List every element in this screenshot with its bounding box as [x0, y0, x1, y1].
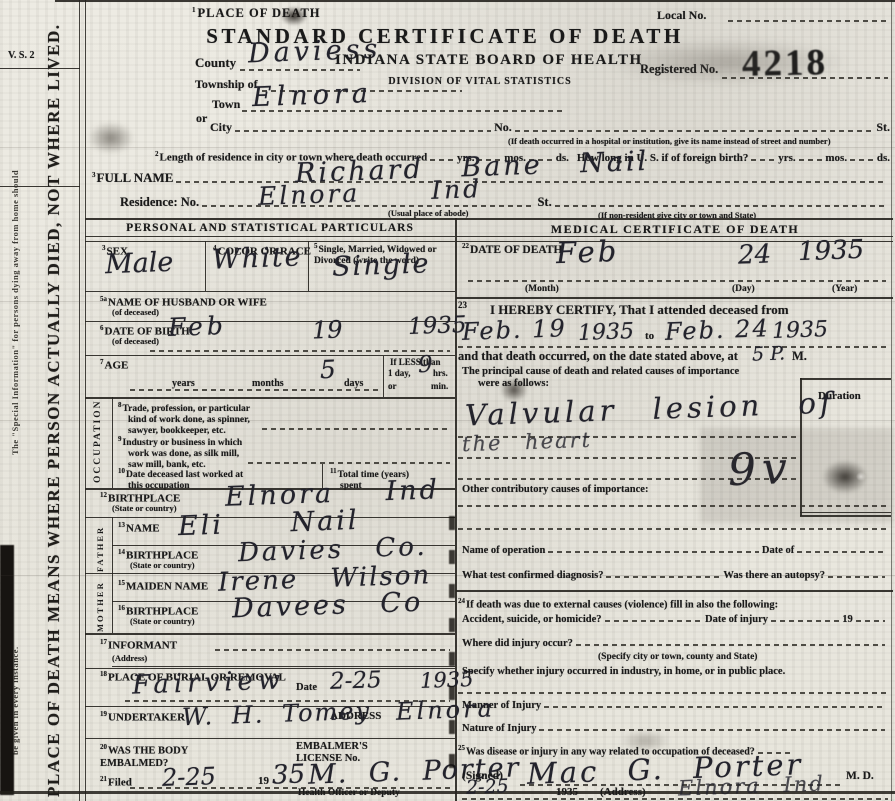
dob-day-handwritten: 19	[312, 315, 344, 344]
cause-of-death-line1-handwritten: Valvular lesion of	[465, 386, 836, 433]
dotted-line	[130, 787, 450, 789]
dotted-line	[797, 551, 885, 553]
margin-rule	[0, 186, 80, 187]
registered-no-label: Registered No.	[640, 62, 718, 77]
dotted-line	[458, 528, 888, 530]
dotted-line	[248, 462, 450, 464]
month-sublabel: (Month)	[525, 284, 559, 294]
father-birthplace-subnote: (State or country)	[130, 560, 195, 570]
town-label: Town	[212, 97, 240, 112]
test-label: What test confirmed diagnosis?	[462, 570, 603, 581]
cell-divider	[383, 356, 384, 397]
certify-number: 23	[458, 300, 467, 310]
place-of-death-heading: 1PLACE OF DEATH	[192, 6, 321, 21]
margin-rule	[0, 68, 80, 69]
attended-to-handwritten: Feb. 24	[665, 314, 771, 346]
medical-header: MEDICAL CERTIFICATE OF DEATH	[460, 222, 890, 237]
burial-value-handwritten: Fairview	[132, 665, 286, 700]
age-label: 7AGE	[100, 358, 128, 372]
top-rule	[55, 0, 895, 2]
hrs-label: hrs.	[433, 368, 448, 378]
registered-no-stamp: 4218	[742, 41, 829, 85]
age-days-handwritten: 5	[319, 355, 336, 385]
undertaker-value-handwritten: W. H. Tomey	[182, 697, 372, 732]
dotted-line	[828, 576, 885, 578]
section-rule	[85, 218, 893, 220]
or-label: or	[388, 381, 397, 391]
scan-shadow-region	[700, 428, 893, 523]
dotted-line	[458, 346, 888, 348]
abode-note: (Usual place of abode)	[388, 208, 469, 218]
margin-divider-rule	[79, 0, 86, 801]
birthplace-subnote: (State or country)	[112, 503, 177, 513]
dod-month-handwritten: Feb	[555, 234, 619, 270]
dod-year-handwritten: 1935	[797, 235, 864, 267]
full-name-label: 3FULL NAME	[92, 170, 173, 186]
town-value-handwritten: Elnora	[251, 78, 373, 113]
nature-of-injury-label: Nature of Injury	[462, 723, 536, 734]
external-causes-label: 24If death was due to external causes (v…	[458, 597, 778, 611]
where-injury-label: Where did injury occur?	[462, 638, 573, 649]
years-label: years	[172, 378, 195, 389]
township-label: Township of	[195, 77, 258, 92]
residence-st-label: St.	[537, 195, 551, 210]
principal-cause-label-1: The principal cause of death and related…	[462, 366, 739, 377]
field-number: 1	[192, 6, 197, 14]
m-label: M.	[792, 349, 807, 364]
attended-from-year-handwritten: 1935	[578, 319, 635, 346]
dod-day-handwritten: 24	[737, 239, 771, 270]
year-sublabel: (Year)	[832, 284, 857, 294]
months-label: months	[252, 378, 284, 389]
dotted-line	[462, 798, 888, 800]
if-less-label-2: 1 day,	[388, 368, 411, 378]
signature-year: 1935	[556, 786, 578, 798]
dotted-line	[606, 576, 720, 578]
city-st-label: St.	[876, 120, 890, 135]
time-of-death-handwritten: 5 P.	[752, 342, 786, 365]
principal-cause-label-2: were as follows:	[478, 378, 549, 389]
specify-injury-label: Specify whether injury occurred in indus…	[462, 666, 785, 677]
rule	[85, 291, 455, 292]
dotted-line	[576, 644, 885, 646]
md-label: M. D.	[846, 770, 874, 782]
rule	[85, 321, 455, 322]
dotted-line	[605, 620, 703, 622]
scan-line	[0, 147, 895, 148]
dotted-line	[240, 69, 360, 71]
maiden-name-label: 15MAIDEN NAME	[118, 579, 208, 593]
dotted-line	[235, 130, 491, 132]
operation-date-label: Date of	[762, 545, 794, 556]
rule	[456, 297, 893, 299]
local-no-label: Local No.	[657, 8, 706, 23]
rule	[85, 397, 455, 399]
age-hours-handwritten: 9	[418, 352, 434, 378]
contributory-causes-label: Other contributory causes of importance:	[462, 484, 648, 495]
mother-birthplace-handwritten: Davees Co	[232, 587, 424, 625]
cell-divider	[112, 397, 113, 488]
county-label: County	[195, 55, 236, 71]
margin-note-top: The "Special Information" for persons dy…	[10, 25, 20, 455]
dotted-line	[856, 620, 885, 622]
cell-divider	[112, 573, 113, 633]
signature-date-handwritten: 2-25	[466, 775, 509, 798]
death-certificate-scan: V. S. 2 The "Special Information" for pe…	[0, 0, 895, 801]
dotted-line	[515, 130, 874, 132]
dotted-line	[799, 159, 823, 161]
ds-label: ds.	[877, 152, 890, 164]
mother-birthplace-subnote: (State or country)	[130, 616, 195, 626]
father-side-label: FATHER	[95, 520, 105, 572]
attended-from-handwritten: Feb. 19	[462, 314, 568, 346]
informant-address-subnote: (Address)	[112, 653, 147, 663]
rule	[85, 738, 455, 739]
undertaker-label: 19UNDERTAKER	[100, 710, 185, 724]
dotted-line	[468, 280, 886, 282]
city-label: City	[210, 120, 232, 135]
dotted-line	[544, 706, 885, 708]
residence-label: Residence: No.	[120, 195, 199, 210]
husband-wife-subnote: (of deceased)	[112, 307, 159, 317]
date-of-death-label: 22DATE OF DEATH	[462, 242, 562, 256]
margin-warning-text: PLACE OF DEATH MEANS WHERE PERSON ACTUAL…	[44, 12, 64, 797]
board-title: INDIANA STATE BOARD OF HEALTH	[335, 52, 625, 69]
dotted-line	[728, 20, 890, 22]
scan-edge-black-band	[0, 545, 14, 795]
where-injury-note: (Specify city or town, county and State)	[598, 652, 757, 662]
filed-year-handwritten: 35	[271, 759, 305, 790]
duration-box-top	[800, 378, 891, 380]
attended-to-year-handwritten: 1935	[772, 317, 829, 344]
or-label: or	[196, 111, 207, 126]
burial-date-label: Date	[296, 682, 317, 693]
color-value-handwritten: White	[211, 241, 303, 275]
informant-label: 17INFORMANT	[100, 638, 177, 652]
days-label: days	[344, 378, 363, 389]
personal-header: PERSONAL AND STATISTICAL PARTICULARS	[90, 222, 450, 234]
cause-of-death-line2-handwritten: the heart	[462, 428, 593, 457]
dotted-line	[150, 350, 450, 352]
dotted-line	[458, 692, 888, 694]
mos-label: mos.	[825, 152, 847, 164]
dotted-line	[850, 159, 874, 161]
filed-label: 21Filed	[100, 775, 132, 789]
dob-year-handwritten: 1935	[408, 312, 467, 340]
trade-label: 8Trade, profession, or particularkind of…	[118, 400, 250, 437]
to-label: to	[645, 330, 654, 342]
rule	[456, 590, 893, 592]
filed-19-printed: 19	[258, 775, 269, 787]
hospital-note: (If death occurred in a hospital or inst…	[508, 136, 831, 146]
father-name-label: 13NAME	[118, 521, 160, 535]
smudge	[88, 122, 134, 154]
burial-date-handwritten: 2-25	[330, 667, 383, 695]
city-no-label: No.	[494, 120, 512, 135]
dotted-line	[130, 389, 380, 391]
physician-address-handwritten: Elnora Ind	[678, 771, 825, 800]
nineteen-label: 19	[842, 614, 853, 625]
dotted-line	[771, 620, 839, 622]
dotted-line	[215, 649, 450, 651]
undertaker-address-handwritten: Elnora	[396, 694, 496, 725]
dotted-line	[262, 428, 450, 430]
occupation-side-label: OCCUPATION	[93, 405, 103, 483]
rule	[85, 355, 455, 356]
dotted-line	[539, 729, 885, 731]
dotted-line	[555, 205, 887, 207]
dotted-line	[751, 159, 775, 161]
rule	[85, 633, 455, 635]
address-label: (Address)	[600, 786, 646, 798]
right-edge-rule	[891, 0, 892, 801]
division-title: DIVISION OF VITAL STATISTICS	[335, 76, 625, 87]
health-officer-label: Health Officer or Deputy	[298, 788, 400, 798]
min-label: min.	[431, 381, 448, 391]
dob-month-handwritten: Feb	[168, 311, 228, 342]
yrs-label: yrs.	[778, 152, 795, 164]
dotted-line	[548, 551, 759, 553]
scan-edge-marks	[449, 500, 455, 768]
mother-side-label: MOTHER	[95, 576, 105, 632]
death-occurred-statement: and that death occurred, on the date sta…	[458, 349, 738, 364]
day-sublabel: (Day)	[732, 284, 755, 294]
injury-date-label: Date of injury	[705, 614, 768, 625]
operation-label: Name of operation	[462, 545, 545, 556]
sex-value-handwritten: Male	[104, 247, 173, 280]
cell-divider	[205, 241, 206, 291]
date-of-birth-subnote: (of deceased)	[112, 336, 159, 346]
marital-value-handwritten: Single	[331, 248, 430, 282]
autopsy-label: Was there an autopsy?	[723, 570, 825, 581]
accident-label: Accident, suicide, or homicide?	[462, 614, 602, 625]
